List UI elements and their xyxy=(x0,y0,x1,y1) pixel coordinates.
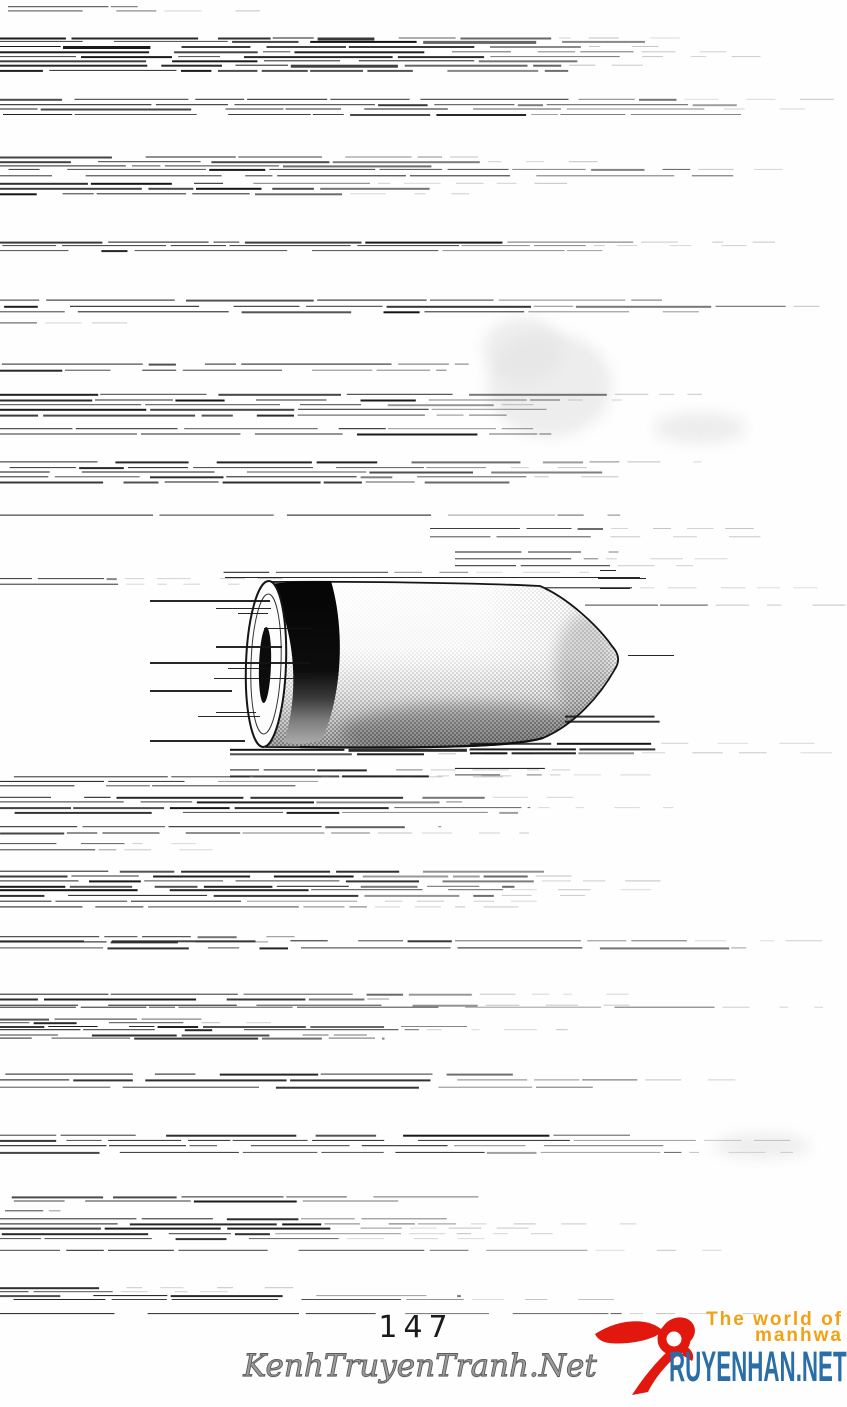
logo-site-name: RUYENHAN.NET xyxy=(669,1346,847,1389)
panel-artwork xyxy=(0,0,847,1407)
manga-page: 147 KenhTruyenTranh.Net The world of man… xyxy=(0,0,847,1407)
page-number: 147 xyxy=(368,1310,464,1345)
site-logo: The world of manhwa RUYENHAN.NET xyxy=(587,1298,847,1403)
logo-tagline-line2: manhwa xyxy=(706,1328,843,1344)
watermark-text: KenhTruyenTranh.Net xyxy=(235,1348,605,1384)
logo-tagline: The world of manhwa xyxy=(706,1312,843,1344)
